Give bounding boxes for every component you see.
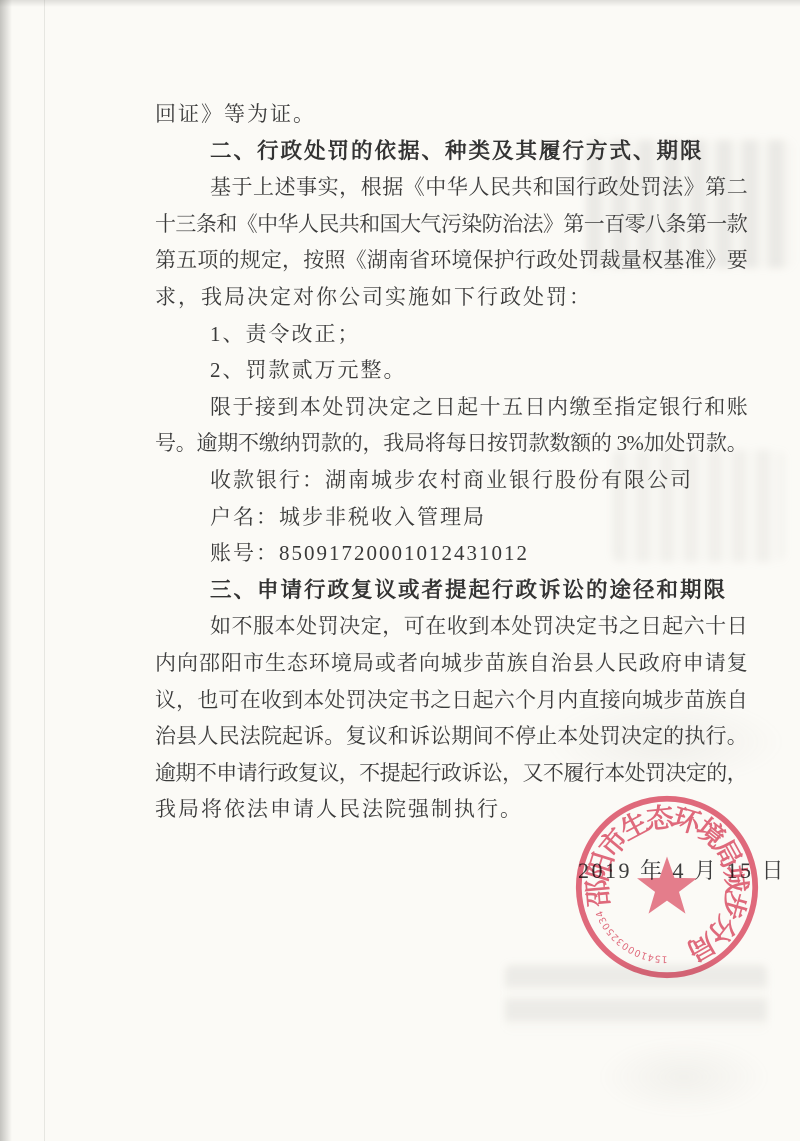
text-line: 1、责令改正；: [155, 316, 747, 353]
text-line: 我局将依法申请人民法院强制执行。: [155, 791, 747, 828]
svg-text:0: 0: [601, 921, 614, 932]
text-line: 基于上述事实，根据《中华人民共和国行政处罚法》第二: [155, 169, 747, 206]
svg-text:0: 0: [633, 946, 643, 958]
svg-text:5: 5: [605, 926, 617, 938]
svg-text:1: 1: [640, 949, 649, 961]
scan-fold-line: [44, 0, 45, 1141]
text-line: 逾期不申请行政复议，不提起行政诉讼，又不履行本处罚决定的，: [155, 755, 747, 792]
document-body: 回证》等为证。二、行政处罚的依据、种类及其履行方式、期限基于上述事实，根据《中华…: [155, 96, 747, 828]
svg-text:4: 4: [594, 909, 606, 919]
svg-text:3: 3: [597, 915, 610, 925]
text-line: 十三条和《中华人民共和国大气污染防治法》第一百零八条第一款: [155, 206, 747, 243]
text-line: 2、罚款贰万元整。: [155, 352, 747, 389]
svg-text:4: 4: [647, 951, 655, 963]
text-line: 户名：城步非税收入管理局: [155, 499, 747, 536]
scan-edge-shadow-top: [0, 0, 800, 7]
text-line: 求，我局决定对你公司实施如下行政处罚：: [155, 279, 747, 316]
text-line: 收款银行：湖南城步农村商业银行股份有限公司: [155, 462, 747, 499]
section-heading: 三、申请行政复议或者提起行政诉讼的途径和期限: [155, 572, 747, 609]
text-line: 如不服本处罚决定，可在收到本处罚决定书之日起六十日: [155, 608, 747, 645]
svg-text:分: 分: [701, 909, 743, 950]
svg-text:3: 3: [615, 935, 627, 947]
text-line: 号。逾期不缴纳罚款的，我局将每日按罚款数额的 3%加处罚款。: [155, 425, 747, 462]
text-line: 议，也可在收到本处罚决定书之日起六个月内直接向城步苗族自: [155, 682, 747, 719]
text-line: 治县人民法院起诉。复议和诉讼期间不停止本处罚决定的执行。: [155, 718, 747, 755]
svg-text:步: 步: [715, 888, 751, 922]
svg-text:0: 0: [620, 940, 631, 952]
text-line: 账号：85091720001012431012: [155, 535, 747, 572]
section-heading: 二、行政处罚的依据、种类及其履行方式、期限: [155, 133, 747, 170]
text-line: 第五项的规定，按照《湖南省环境保护行政处罚裁量权基准》要: [155, 242, 747, 279]
svg-text:局: 局: [682, 927, 721, 967]
svg-text:0: 0: [626, 943, 637, 956]
decision-date: 2019 年 4 月 15 日: [578, 858, 786, 884]
text-line: 限于接到本处罚决定之日起十五日内缴至指定银行和账: [155, 389, 747, 426]
svg-text:2: 2: [609, 931, 621, 943]
text-line: 内向邵阳市生态环境局或者向城步苗族自治县人民政府申请复: [155, 645, 747, 682]
bleedthrough-smudge: [598, 1038, 770, 1116]
bleedthrough-smudge: [505, 965, 767, 1031]
scan-edge-shadow-left: [0, 0, 12, 1141]
scanned-document-page: 回证》等为证。二、行政处罚的依据、种类及其履行方式、期限基于上述事实，根据《中华…: [0, 0, 800, 1141]
seal-serial-number: 4305230001451: [594, 909, 667, 964]
svg-text:1: 1: [661, 953, 667, 964]
text-line: 回证》等为证。: [155, 96, 747, 133]
svg-text:5: 5: [654, 952, 661, 964]
